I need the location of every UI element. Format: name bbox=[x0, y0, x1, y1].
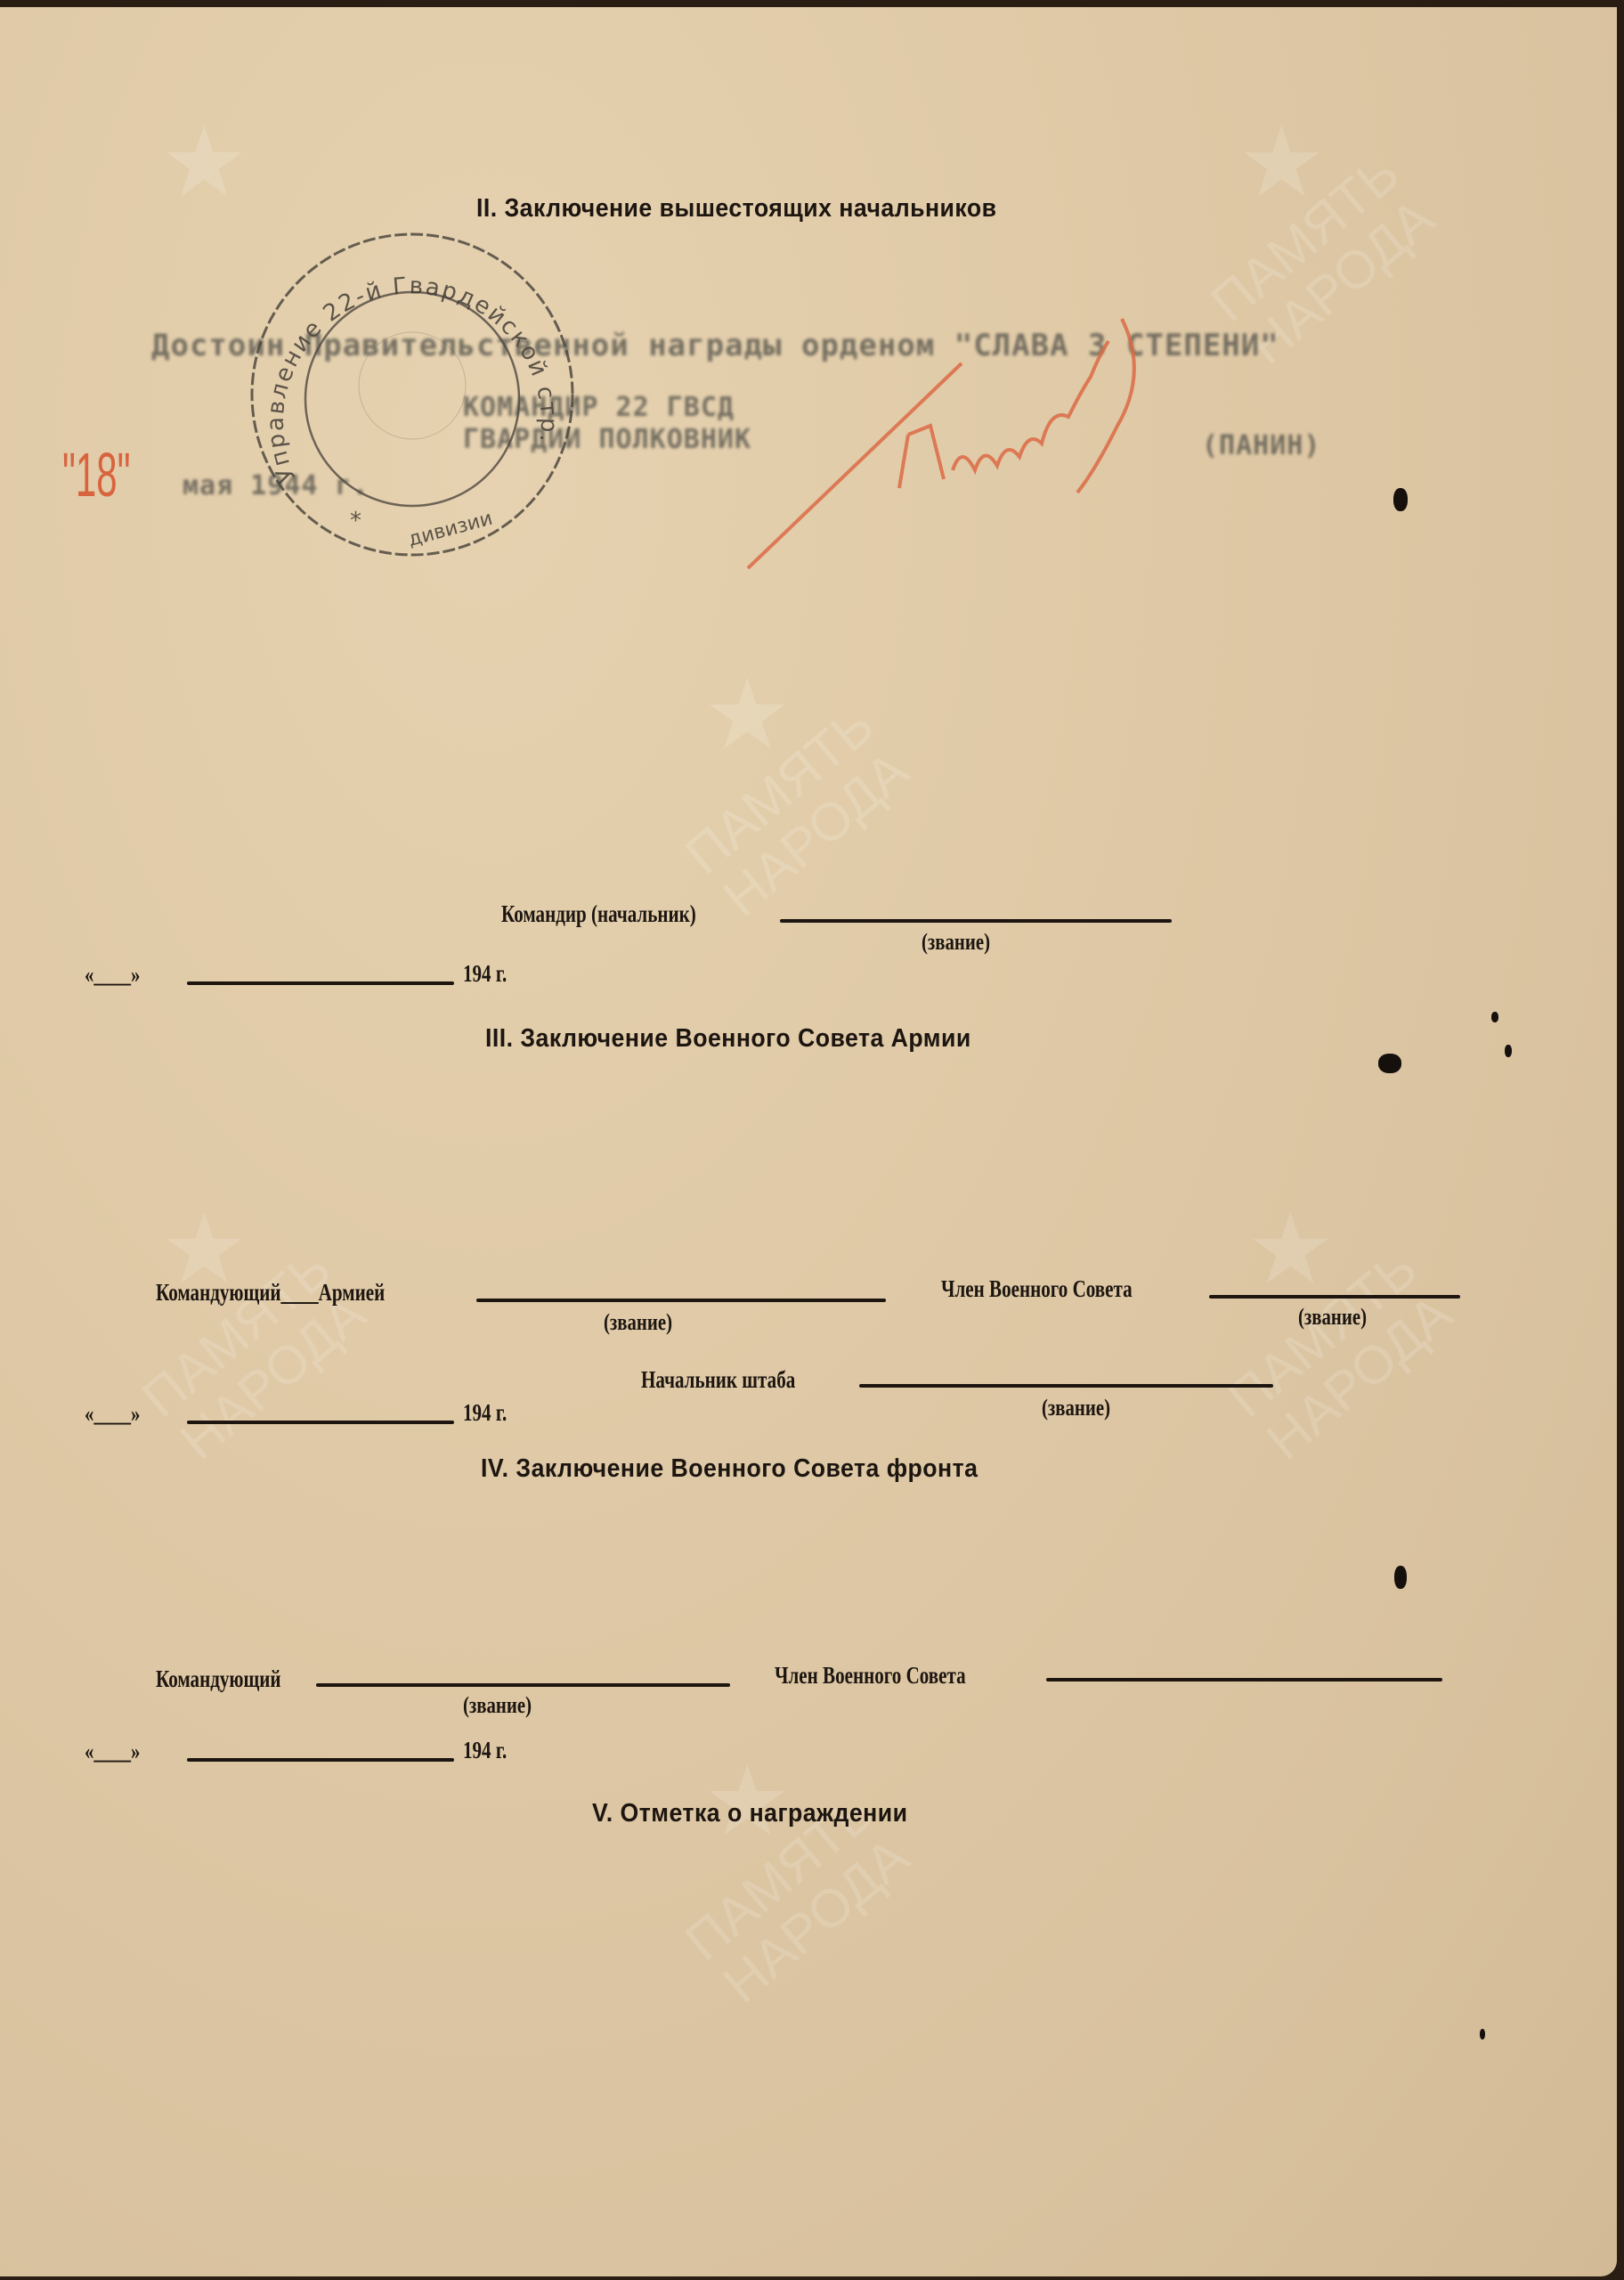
date-month-line[interactable] bbox=[187, 981, 454, 985]
signature bbox=[730, 301, 1264, 586]
army-commander-rank-caption: (звание) bbox=[604, 1309, 672, 1336]
chief-of-staff-rank-caption: (звание) bbox=[1042, 1395, 1110, 1421]
section-3-title: III. Заключение Военного Совета Армии bbox=[485, 1024, 971, 1054]
watermark-star-icon: ★ bbox=[1246, 1192, 1335, 1307]
paper-hole bbox=[1378, 1054, 1401, 1073]
paper-hole bbox=[1394, 1566, 1407, 1589]
front-commander-rank-caption: (звание) bbox=[463, 1692, 532, 1719]
watermark-star-icon: ★ bbox=[703, 657, 792, 772]
commander-rank-line[interactable] bbox=[780, 919, 1172, 923]
paper-hole bbox=[1491, 1012, 1498, 1022]
chief-of-staff-label: Начальник штаба bbox=[641, 1366, 795, 1394]
front-date-day-field[interactable]: «____» bbox=[85, 1738, 140, 1765]
typed-commander-rank: ГВАРДИИ ПОЛКОВНИК bbox=[463, 424, 751, 455]
chief-of-staff-rank-line[interactable] bbox=[859, 1384, 1273, 1388]
army-date-day-field[interactable]: «____» bbox=[85, 1401, 140, 1428]
front-date-month-line[interactable] bbox=[187, 1758, 454, 1762]
paper-hole bbox=[1393, 488, 1408, 511]
front-commander-label: Командующий bbox=[156, 1665, 281, 1693]
front-commander-rank-line[interactable] bbox=[316, 1683, 730, 1687]
handwritten-day: "18" bbox=[62, 439, 131, 510]
army-commander-rank-line[interactable] bbox=[476, 1299, 886, 1302]
army-date-year: 194 г. bbox=[463, 1399, 507, 1427]
watermark-star-icon: ★ bbox=[1238, 105, 1326, 220]
section-2-title: II. Заключение вышестоящих начальников bbox=[476, 194, 997, 224]
commander-rank-caption: (звание) bbox=[922, 929, 990, 956]
document-page: ★ ПАМЯТЬНАРОДА ★ ПАМЯТЬНАРОДА ★ ПАМЯТЬНА… bbox=[0, 7, 1617, 2276]
typed-date-month-year: мая 1944 г. bbox=[183, 470, 369, 501]
army-council-member-rank-line[interactable] bbox=[1209, 1295, 1460, 1299]
date-year: 194 г. bbox=[463, 960, 507, 988]
army-council-member-label: Член Военного Совета bbox=[941, 1275, 1133, 1303]
watermark-star-icon: ★ bbox=[160, 105, 248, 220]
paper-hole bbox=[1505, 1045, 1512, 1057]
typed-commander-title: КОМАНДИР 22 ГВСД bbox=[463, 392, 735, 423]
army-date-month-line[interactable] bbox=[187, 1421, 454, 1424]
front-council-member-label: Член Военного Совета bbox=[775, 1662, 966, 1690]
commander-label: Командир (начальник) bbox=[501, 900, 696, 928]
section-5-title: V. Отметка о награждении bbox=[592, 1799, 907, 1828]
svg-text:дивизии: дивизии bbox=[406, 508, 495, 551]
army-commander-label: Командующий____Армией bbox=[156, 1279, 385, 1307]
front-council-member-rank-line[interactable] bbox=[1046, 1678, 1442, 1681]
section-4-title: IV. Заключение Военного Совета фронта bbox=[481, 1454, 978, 1484]
date-day-field[interactable]: «____» bbox=[85, 962, 140, 989]
svg-text:*: * bbox=[350, 508, 361, 534]
army-council-member-rank-caption: (звание) bbox=[1298, 1304, 1367, 1331]
paper-hole bbox=[1480, 2029, 1485, 2040]
front-date-year: 194 г. bbox=[463, 1737, 507, 1764]
